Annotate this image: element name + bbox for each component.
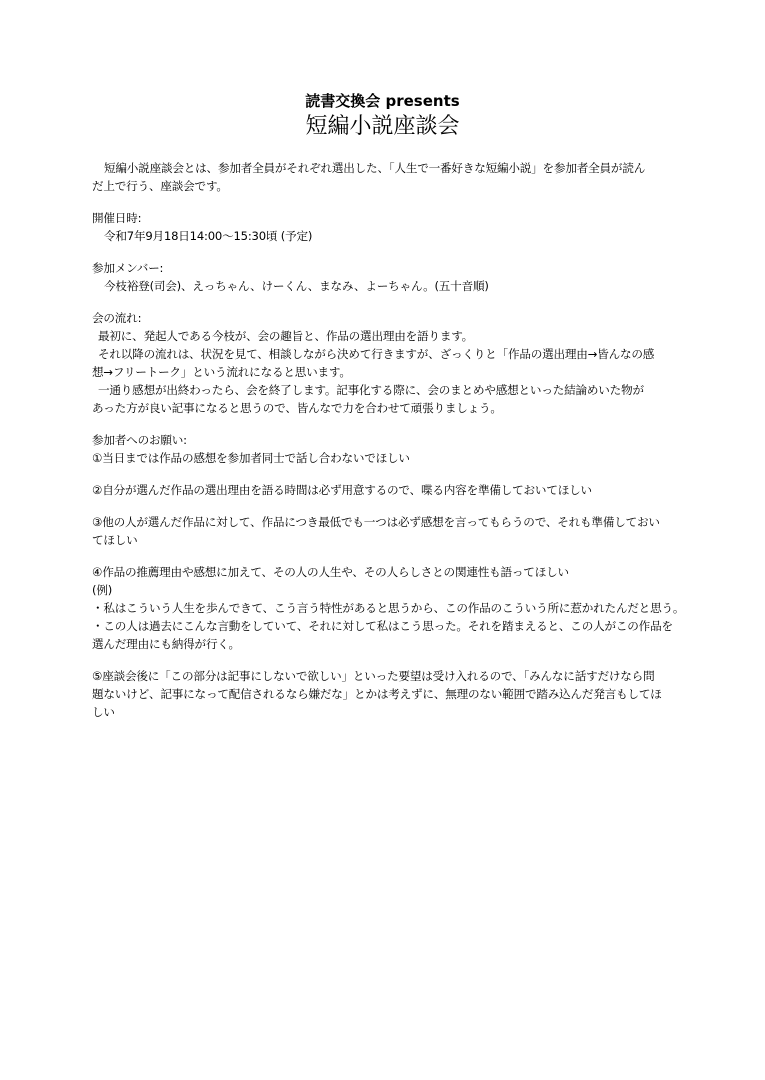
document-subtitle: 読書交換会 presents xyxy=(0,91,765,111)
schedule-section: 開催日時: 令和7年9月18日14:00～15:30頃 (予定) xyxy=(92,209,672,245)
request-item-3: ③他の人が選んだ作品に対して、作品につき最低でも一つは必ず感想を言ってもらうので… xyxy=(92,513,672,549)
requests-section: 参加者へのお願い: ①当日までは作品の感想を参加者同士で話し合わないでほしい ②… xyxy=(92,431,672,721)
request-item-1: ①当日までは作品の感想を参加者同士で話し合わないでほしい xyxy=(92,449,672,467)
flow-section: 会の流れ: 最初に、発起人である今枝が、会の趣旨と、作品の選出理由を語ります。 … xyxy=(92,309,672,417)
example-label: (例) xyxy=(92,581,672,599)
request-item-5: ⑤座談会後に「この部分は記事にしないで欲しい」といった要望は受け入れるので、「み… xyxy=(92,667,672,721)
flow-line: 想→フリートーク」という流れになると思います。 xyxy=(92,363,672,381)
flow-line: 一通り感想が出終わったら、会を終了します。記事化する際に、会のまとめや感想といっ… xyxy=(92,381,672,399)
schedule-heading: 開催日時: xyxy=(92,209,672,227)
intro-line: 短編小説座談会とは、参加者全員がそれぞれ選出した、「人生で一番好きな短編小説」を… xyxy=(92,159,672,177)
document-body: 短編小説座談会とは、参加者全員がそれぞれ選出した、「人生で一番好きな短編小説」を… xyxy=(92,159,672,721)
example-line: ・この人は過去にこんな言動をしていて、それに対して私はこう思った。それを踏まえる… xyxy=(92,617,672,635)
request-item-4: ④作品の推薦理由や感想に加えて、その人の人生や、その人らしさとの関連性も語ってほ… xyxy=(92,563,672,653)
request-line: 題ないけど、記事になって配信されるなら嫌だな」とかは考えずに、無理のない範囲で踏… xyxy=(92,685,672,703)
request-line: ⑤座談会後に「この部分は記事にしないで欲しい」といった要望は受け入れるので、「み… xyxy=(92,667,672,685)
flow-line: 最初に、発起人である今枝が、会の趣旨と、作品の選出理由を語ります。 xyxy=(92,327,672,345)
request-line: てほしい xyxy=(92,531,672,549)
example-line: ・私はこういう人生を歩んできて、こう言う特性があると思うから、この作品のこういう… xyxy=(92,599,672,617)
request-line: ①当日までは作品の感想を参加者同士で話し合わないでほしい xyxy=(92,449,672,467)
requests-heading: 参加者へのお願い: xyxy=(92,431,672,449)
members-section: 参加メンバー: 今枝裕登(司会)、えっちゃん、けーくん、まなみ、よーちゃん。(五… xyxy=(92,259,672,295)
members-value: 今枝裕登(司会)、えっちゃん、けーくん、まなみ、よーちゃん。(五十音順) xyxy=(92,277,672,295)
request-line: しい xyxy=(92,703,672,721)
request-line: ③他の人が選んだ作品に対して、作品につき最低でも一つは必ず感想を言ってもらうので… xyxy=(92,513,672,531)
flow-line: それ以降の流れは、状況を見て、相談しながら決めて行きますが、ざっくりと「作品の選… xyxy=(92,345,672,363)
flow-heading: 会の流れ: xyxy=(92,309,672,327)
request-item-2: ②自分が選んだ作品の選出理由を語る時間は必ず用意するので、喋る内容を準備しておい… xyxy=(92,481,672,499)
example-line: 選んだ理由にも納得が行く。 xyxy=(92,635,672,653)
request-line: ②自分が選んだ作品の選出理由を語る時間は必ず用意するので、喋る内容を準備しておい… xyxy=(92,481,672,499)
schedule-value: 令和7年9月18日14:00～15:30頃 (予定) xyxy=(92,227,672,245)
flow-line: あった方が良い記事になると思うので、皆んなで力を合わせて頑張りましょう。 xyxy=(92,399,672,417)
intro-section: 短編小説座談会とは、参加者全員がそれぞれ選出した、「人生で一番好きな短編小説」を… xyxy=(92,159,672,195)
document-page: 読書交換会 presents 短編小説座談会 短編小説座談会とは、参加者全員がそ… xyxy=(0,0,765,1080)
request-line: ④作品の推薦理由や感想に加えて、その人の人生や、その人らしさとの関連性も語ってほ… xyxy=(92,563,672,581)
intro-line: だ上で行う、座談会です。 xyxy=(92,177,672,195)
members-heading: 参加メンバー: xyxy=(92,259,672,277)
document-title: 短編小説座談会 xyxy=(0,113,765,141)
